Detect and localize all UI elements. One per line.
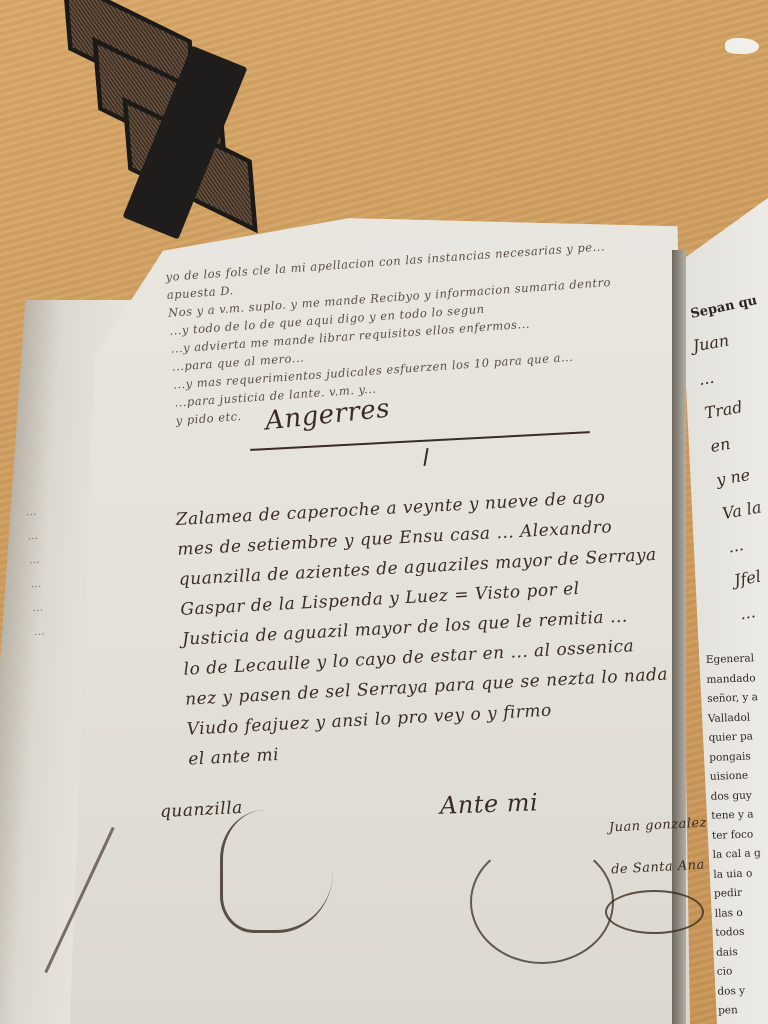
printed-line: todos	[715, 922, 766, 943]
signature-flourish-left	[220, 810, 333, 933]
handwritten-main-block: Zalamea de caperoche a veynte y nueve de…	[175, 480, 672, 775]
printed-line: dos guy	[710, 786, 761, 807]
text-line: Juan	[690, 323, 735, 363]
mesh-desk-organizer	[55, 0, 275, 250]
text-line: Va la	[720, 491, 765, 531]
margin-note: ...	[25, 500, 37, 525]
signer-name: Juan gonzalez	[608, 802, 708, 849]
paper-scrap	[725, 38, 759, 54]
signature-right-name: Juan gonzalez de Santa Ana	[608, 802, 710, 891]
signer-title: de Santa Ana	[610, 844, 710, 891]
margin-note: ...	[33, 620, 45, 645]
printed-line: llas o	[714, 903, 765, 924]
printed-line: pen	[718, 1000, 768, 1021]
signature-right-label: Ante mi	[440, 788, 539, 819]
printed-line: señor, y a	[707, 688, 758, 709]
margin-note: ...	[32, 596, 44, 621]
printed-line: la cal a g	[712, 844, 763, 865]
printed-line: ter foco	[712, 825, 763, 846]
text-line: Trad	[702, 390, 747, 430]
text-line: ...	[737, 591, 768, 631]
printed-line: pedir	[714, 883, 765, 904]
printed-line: pongais	[709, 747, 760, 768]
margin-note: ...	[27, 524, 39, 549]
printed-line: Valladol	[708, 708, 759, 729]
text-line: Jfel	[731, 558, 768, 598]
signature-flourish-loop	[605, 890, 704, 934]
printed-line: Egeneral	[706, 649, 757, 670]
signature-flourish-right	[470, 840, 614, 964]
printed-line: dos y	[717, 981, 768, 1002]
printed-line: dais	[716, 942, 767, 963]
margin-note: ...	[28, 548, 40, 573]
margin-note: ...	[30, 572, 42, 597]
printed-line: tene y a	[711, 805, 762, 826]
printed-line: la uia o	[713, 864, 764, 885]
printed-line: cio	[716, 961, 767, 982]
printed-line: uisione	[710, 766, 761, 787]
printed-line: quier pa	[708, 727, 759, 748]
handwritten-top-block: yo de los fols cle la mi apellacion con …	[165, 237, 619, 430]
printed-line: mandado	[706, 669, 757, 690]
